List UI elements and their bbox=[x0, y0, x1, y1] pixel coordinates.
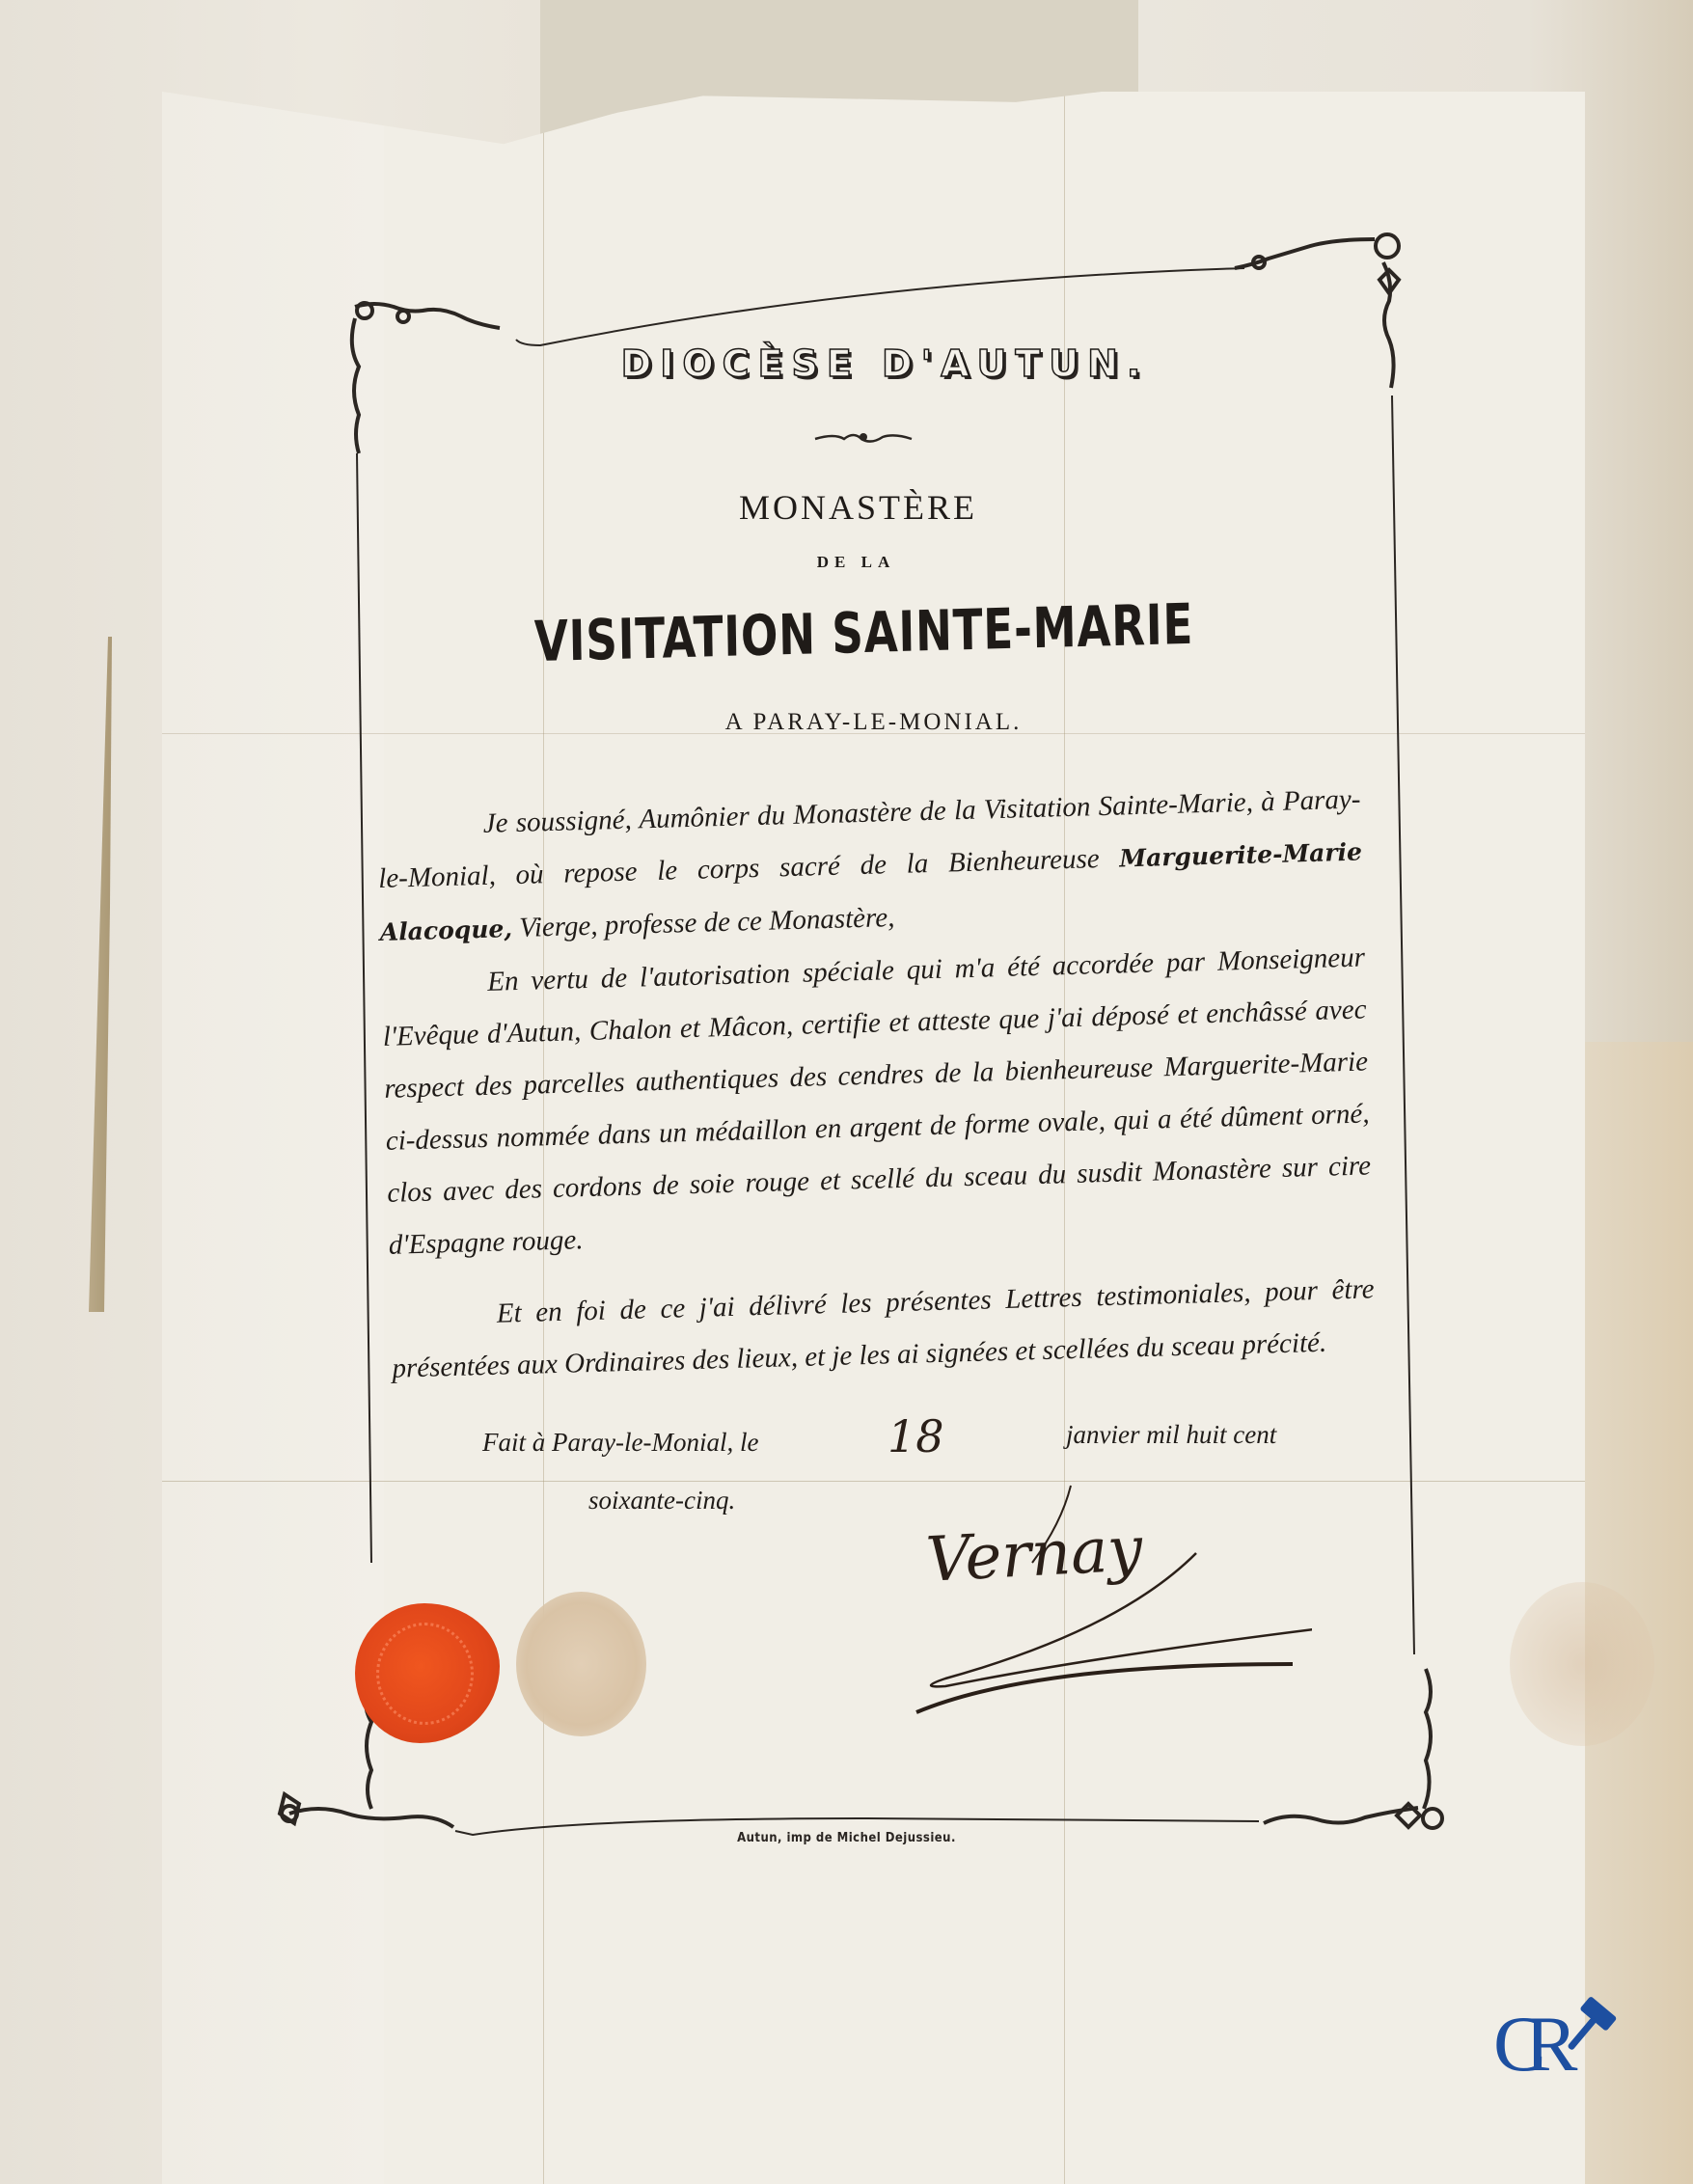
gavel-icon bbox=[1566, 1994, 1633, 2061]
paragraph-3-text: Et en foi de ce j'ai délivré les présent… bbox=[392, 1273, 1375, 1383]
logo-text: CR bbox=[1493, 1999, 1556, 2089]
diocese-heading: DIOCÈSE D'AUTUN. bbox=[39, 342, 1693, 385]
month-year-line-1: janvier mil huit cent bbox=[1066, 1420, 1276, 1450]
de-la-label: DE LA bbox=[10, 553, 1693, 572]
paragraph-2: En vertu de l'autorisation spéciale qui … bbox=[381, 931, 1374, 1270]
faint-stain bbox=[1510, 1582, 1654, 1746]
paragraph-1-tail: Vierge, professe de ce Monastère, bbox=[512, 902, 895, 943]
month-year-line-2: soixante-cinq. bbox=[588, 1486, 735, 1515]
handwritten-day: 18 bbox=[887, 1410, 944, 1462]
paragraph-2-text: En vertu de l'autorisation spéciale qui … bbox=[382, 942, 1371, 1260]
printer-imprint: Autun, imp de Michel Dejussieu. bbox=[85, 1831, 1609, 1845]
place-prefix: Fait à Paray-le-Monial, le bbox=[482, 1428, 758, 1458]
paragraph-1: Je soussigné, Aumônier du Monastère de l… bbox=[376, 774, 1364, 959]
location-label: A PARAY-LE-MONIAL. bbox=[27, 709, 1693, 736]
seal-impression bbox=[376, 1623, 474, 1725]
powder-residue bbox=[516, 1592, 646, 1736]
monastery-label: MONASTÈRE bbox=[12, 487, 1693, 528]
signature-flourish-icon bbox=[897, 1476, 1312, 1727]
paragraph-1-lead: Je soussigné, Aumônier du Monastère de l… bbox=[378, 784, 1361, 894]
certificate-body: Je soussigné, Aumônier du Monastère de l… bbox=[376, 774, 1377, 1395]
cr-logo: CR bbox=[1493, 1989, 1638, 2105]
flourish-divider-icon bbox=[0, 429, 1693, 449]
